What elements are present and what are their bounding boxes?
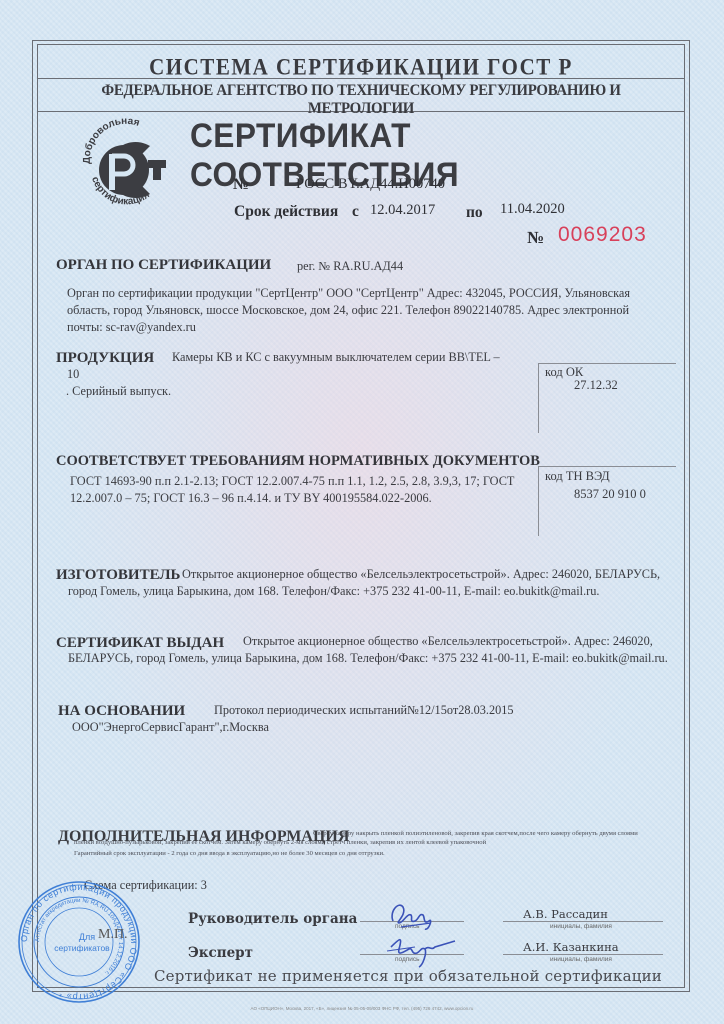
printer-imprint: АО «ОПЦИОН», Москва, 2017, «Б», лицензия… bbox=[0, 1006, 724, 1011]
expert-name: А.И. Казанкина bbox=[523, 940, 619, 954]
system-title: СИСТЕМА СЕРТИФИКАЦИИ ГОСТ Р bbox=[37, 54, 685, 82]
validity-label: Срок действия bbox=[234, 203, 338, 221]
certification-body-text: Орган по сертификации продукции "СертЦен… bbox=[67, 285, 667, 336]
additional-line-3: Гарантийный срок эксплуатации - 2 года с… bbox=[74, 849, 385, 859]
seal-center-line-2: сертификатов bbox=[54, 943, 110, 953]
expert-name-caption: инициалы, фамилия bbox=[550, 956, 612, 963]
code-tnved-box: код ТН ВЭД 8537 20 910 0 bbox=[538, 466, 676, 536]
rst-mark-icon: Добровольная сертификация bbox=[80, 116, 170, 216]
product-heading: ПРОДУКЦИЯ bbox=[56, 350, 154, 367]
code-tnved-label: код ТН ВЭД bbox=[545, 469, 610, 484]
certification-body-heading: ОРГАН ПО СЕРТИФИКАЦИИ bbox=[56, 257, 271, 274]
code-tnved-value: 8537 20 910 0 bbox=[574, 487, 646, 502]
agency-title: ФЕДЕРАЛЬНОЕ АГЕНТСТВО ПО ТЕХНИЧЕСКОМУ РЕ… bbox=[50, 82, 672, 118]
issued-to-line-2: БЕЛАРУСЬ, город Гомель, улица Барыкина, … bbox=[68, 650, 668, 667]
product-line-2: 10 bbox=[67, 366, 79, 383]
head-name-line bbox=[503, 921, 663, 922]
manufacturer-line-2: город Гомель, улица Барыкина, дом 168. Т… bbox=[68, 583, 600, 600]
additional-heading: ДОПОЛНИТЕЛЬНАЯ ИНФОРМАЦИЯ bbox=[58, 828, 349, 846]
head-name-caption: инициалы, фамилия bbox=[550, 923, 612, 930]
code-ok-box: код ОК 27.12.32 bbox=[538, 363, 676, 433]
manufacturer-heading: ИЗГОТОВИТЕЛЬ bbox=[56, 567, 180, 584]
code-ok-value: 27.12.32 bbox=[574, 378, 618, 393]
certificate-number: РОСС BY.АД44.Н00740 bbox=[296, 176, 445, 193]
expert-label: Эксперт bbox=[188, 945, 253, 961]
seal-place-label: М.П. bbox=[98, 926, 128, 943]
head-of-body-label: Руководитель органа bbox=[188, 911, 357, 927]
product-line-1: Камеры КВ и КС с вакуумным выключателем … bbox=[172, 349, 500, 366]
blank-number-symbol: № bbox=[527, 228, 544, 248]
blank-serial-number: 0069203 bbox=[558, 223, 647, 247]
product-line-3: . Серийный выпуск. bbox=[66, 383, 171, 400]
validity-date-from: 12.04.2017 bbox=[370, 202, 435, 219]
basis-line-1: Протокол периодических испытаний№12/15от… bbox=[214, 702, 514, 719]
validity-from-label: с bbox=[352, 203, 359, 221]
validity-date-to: 11.04.2020 bbox=[500, 201, 565, 218]
manufacturer-line-1: Открытое акционерное общество «Белсельэл… bbox=[182, 566, 660, 583]
basis-line-2: ООО"ЭнергоСервисГарант",г.Москва bbox=[72, 719, 269, 736]
expert-signature-icon bbox=[385, 925, 465, 970]
certification-body-reg: рег. № RA.RU.АД44 bbox=[297, 258, 403, 275]
compliance-text: ГОСТ 14693-90 п.п 2.1-2.13; ГОСТ 12.2.00… bbox=[70, 473, 520, 507]
issued-to-line-1: Открытое акционерное общество «Белсельэл… bbox=[243, 633, 653, 650]
seal-center-line-1: Для bbox=[79, 932, 95, 942]
head-name: А.В. Рассадин bbox=[523, 907, 608, 921]
basis-heading: НА ОСНОВАНИИ bbox=[58, 703, 185, 720]
compliance-heading: СООТВЕТСТВУЕТ ТРЕБОВАНИЯМ НОРМАТИВНЫХ ДО… bbox=[56, 453, 540, 470]
validity-to-label: по bbox=[466, 204, 483, 222]
number-symbol: № bbox=[233, 176, 249, 194]
voluntary-notice: Сертификат не применяется при обязательн… bbox=[154, 967, 662, 985]
expert-name-line bbox=[503, 954, 663, 955]
